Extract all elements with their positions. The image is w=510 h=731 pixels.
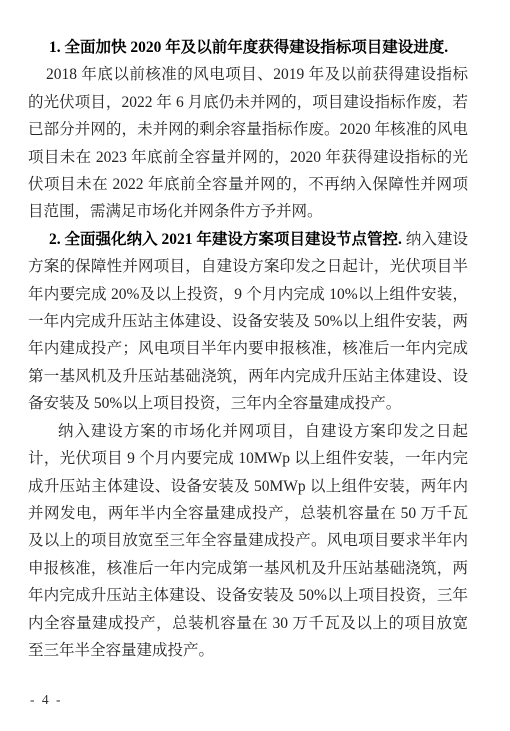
section-1-body: 2018 年底以前核准的风电项目、2019 年及以前获得建设指标的光伏项目，20… (28, 61, 468, 225)
page-number: - 4 - (30, 692, 63, 708)
section-1-heading: 1. 全面加快 2020 年及以前年度获得建设指标项目建设进度. (28, 34, 468, 61)
document-page: 1. 全面加快 2020 年及以前年度获得建设指标项目建设进度. 2018 年底… (0, 0, 510, 731)
section-2-paragraph: 2. 全面强化纳入 2021 年建设方案项目建设节点管控.纳入建设方案的保障性并… (28, 226, 468, 418)
section-2-heading: 2. 全面强化纳入 2021 年建设方案项目建设节点管控. (49, 231, 402, 248)
section-3-paragraph: 纳入建设方案的市场化并网项目，自建设方案印发之日起计，光伏项目 9 个月内要完成… (28, 418, 468, 665)
document-text-block: 1. 全面加快 2020 年及以前年度获得建设指标项目建设进度. 2018 年底… (28, 34, 468, 664)
section-2-body: 纳入建设方案的保障性并网项目，自建设方案印发之日起计，光伏项目半年内要完成 20… (28, 231, 468, 412)
